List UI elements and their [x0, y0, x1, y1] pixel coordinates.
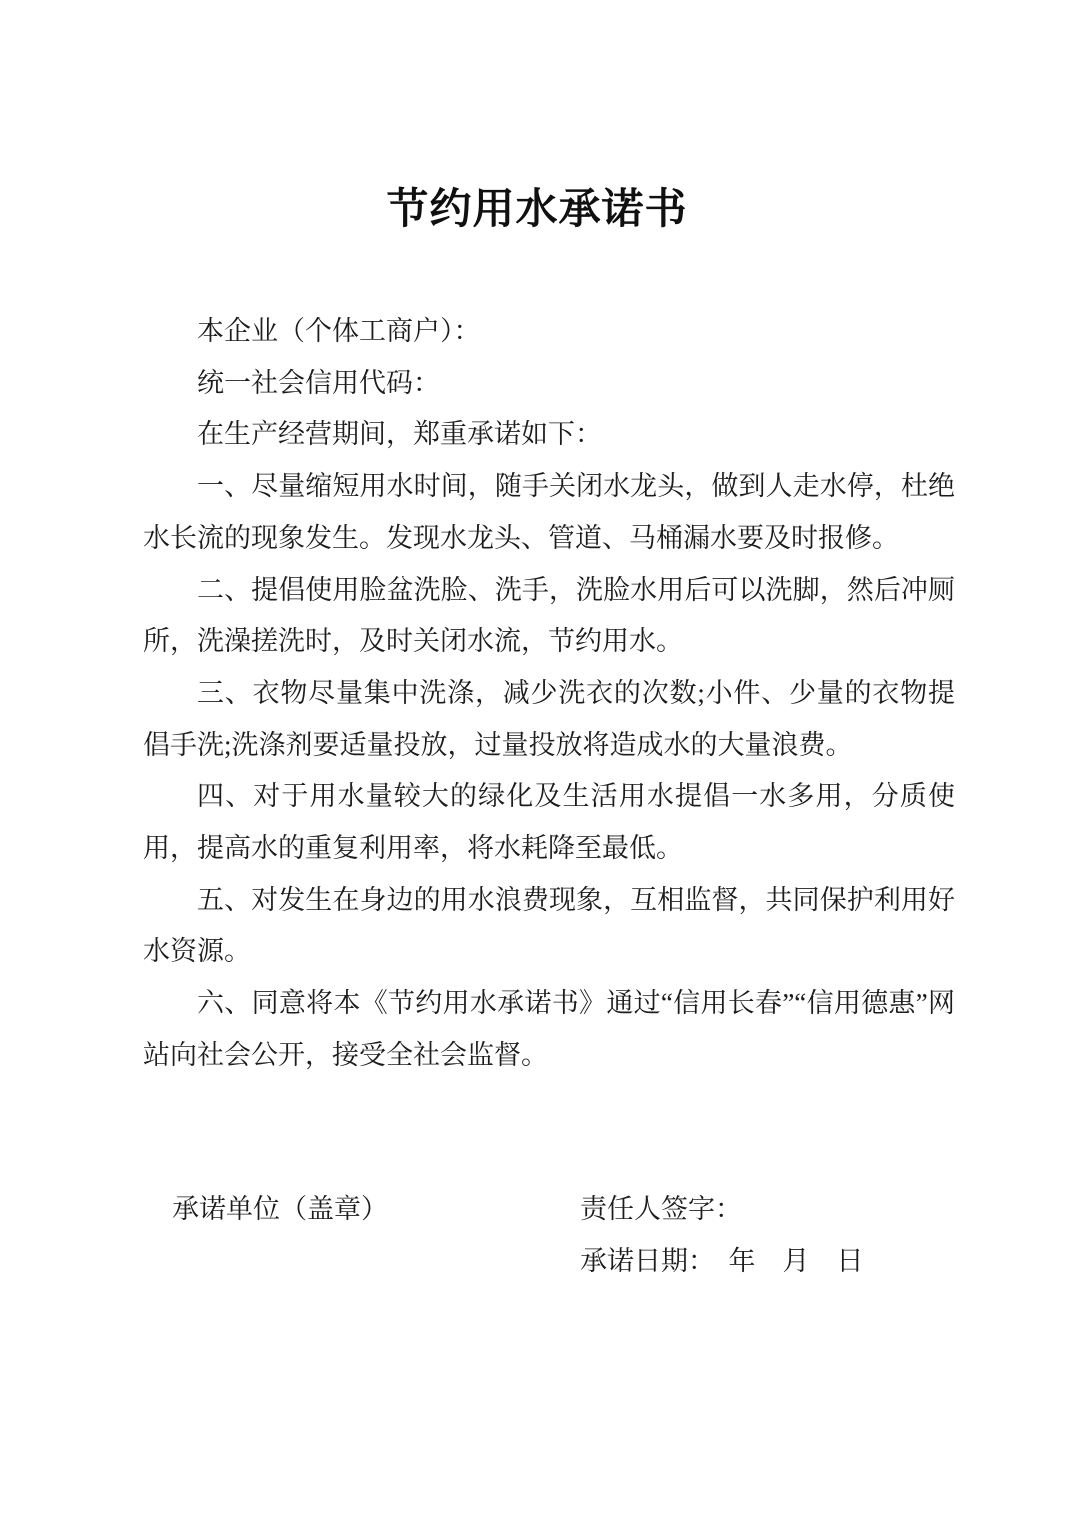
intro-line-credit-code: 统一社会信用代码：	[143, 358, 955, 410]
date-label: 承诺日期： 年 月 日	[580, 1236, 864, 1288]
document-footer: 承诺单位（盖章） 责任人签字： 承诺日期： 年 月 日	[143, 1184, 955, 1294]
clause-6: 六、同意将本《节约用水承诺书》通过“信用长春”“信用德惠”网站向社会公开，接受全…	[143, 978, 955, 1081]
seal-label: 承诺单位（盖章）	[172, 1184, 388, 1236]
clause-3: 三、衣物尽量集中洗涤，减少洗衣的次数;小件、少量的衣物提倡手洗;洗涤剂要适量投放…	[143, 668, 955, 771]
signature-label: 责任人签字：	[580, 1184, 742, 1236]
page-title: 节约用水承诺书	[0, 184, 1074, 234]
clause-4: 四、对于用水量较大的绿化及生活用水提倡一水多用，分质使用，提高水的重复利用率，将…	[143, 771, 955, 874]
clause-1: 一、尽量缩短用水时间，随手关闭水龙头，做到人走水停，杜绝水长流的现象发生。发现水…	[143, 461, 955, 564]
document-body: 本企业（个体工商户）： 统一社会信用代码： 在生产经营期间，郑重承诺如下： 一、…	[143, 306, 955, 1082]
clause-5: 五、对发生在身边的用水浪费现象，互相监督，共同保护利用好水资源。	[143, 875, 955, 978]
document-page: 节约用水承诺书 本企业（个体工商户）： 统一社会信用代码： 在生产经营期间，郑重…	[0, 0, 1074, 1520]
intro-line-company: 本企业（个体工商户）：	[143, 306, 955, 358]
clause-2: 二、提倡使用脸盆洗脸、洗手，洗脸水用后可以洗脚，然后冲厕所，洗澡搓洗时，及时关闭…	[143, 565, 955, 668]
intro-line-pledge-lead: 在生产经营期间，郑重承诺如下：	[143, 409, 955, 461]
